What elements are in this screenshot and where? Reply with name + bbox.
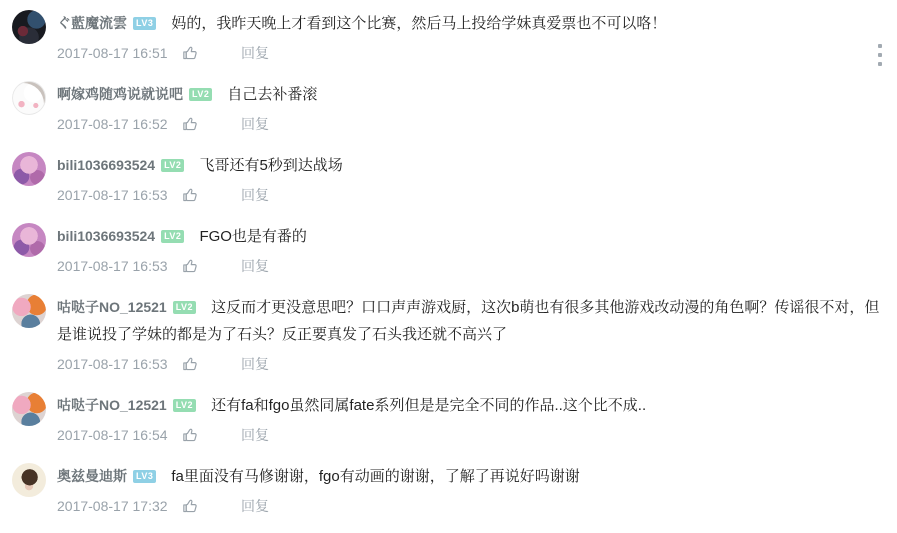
thumbs-up-icon <box>181 497 199 515</box>
thumbs-up-icon <box>181 426 199 444</box>
like-button[interactable] <box>181 257 199 275</box>
like-button[interactable] <box>181 115 199 133</box>
kebab-menu-icon <box>878 62 882 66</box>
comment-actions: 2017-08-17 16:53 回复 <box>57 354 885 374</box>
comment-time: 2017-08-17 16:52 <box>57 116 169 132</box>
comment-text: 飞哥还有5秒到达战场 <box>199 157 342 174</box>
level-badge: LV3 <box>133 470 156 483</box>
comment-row: 咕哒子NO_12521LV2还有fa和fgo虽然同属fate系列但是是完全不同的… <box>12 392 885 445</box>
reply-button[interactable]: 回复 <box>241 114 269 134</box>
comment-row: ぐ藍魔流雲LV3妈的，我昨天晚上才看到这个比赛，然后马上投给学妹真爱票也不可以咯… <box>12 10 885 63</box>
comment-body: ぐ藍魔流雲LV3妈的，我昨天晚上才看到这个比赛，然后马上投给学妹真爱票也不可以咯… <box>57 10 885 37</box>
comment-main: 咕哒子NO_12521LV2还有fa和fgo虽然同属fate系列但是是完全不同的… <box>57 392 885 445</box>
kebab-menu-icon <box>878 44 882 48</box>
comment-actions: 2017-08-17 16:51 回复 <box>57 43 885 63</box>
comment-main: bili1036693524LV2FGO也是有番的 2017-08-17 16:… <box>57 223 885 276</box>
thumbs-up-icon <box>181 115 199 133</box>
avatar[interactable] <box>12 294 46 328</box>
like-button[interactable] <box>181 44 199 62</box>
like-button[interactable] <box>181 497 199 515</box>
comment-main: 啊嫁鸡随鸡说就说吧LV2自己去补番滚 2017-08-17 16:52 回复 <box>57 81 885 134</box>
comment-main: 奥兹曼迪斯LV3fa里面没有马修谢谢，fgo有动画的谢谢，了解了再说好吗谢谢 2… <box>57 463 885 516</box>
comment-actions: 2017-08-17 16:54 回复 <box>57 425 885 445</box>
reply-button[interactable]: 回复 <box>241 354 269 374</box>
avatar[interactable] <box>12 152 46 186</box>
comment-time: 2017-08-17 16:53 <box>57 258 169 274</box>
avatar[interactable] <box>12 81 46 115</box>
comment-list: ぐ藍魔流雲LV3妈的，我昨天晚上才看到这个比赛，然后马上投给学妹真爱票也不可以咯… <box>0 0 897 516</box>
comment-time: 2017-08-17 16:53 <box>57 187 169 203</box>
reply-button[interactable]: 回复 <box>241 425 269 445</box>
comment-body: 咕哒子NO_12521LV2这反而才更没意思吧？口口声声游戏厨，这次b萌也有很多… <box>57 294 885 348</box>
reply-button[interactable]: 回复 <box>241 43 269 63</box>
comment-body: 奥兹曼迪斯LV3fa里面没有马修谢谢，fgo有动画的谢谢，了解了再说好吗谢谢 <box>57 463 885 490</box>
comment-text: FGO也是有番的 <box>199 228 307 245</box>
avatar[interactable] <box>12 223 46 257</box>
avatar[interactable] <box>12 463 46 497</box>
comment-row: bili1036693524LV2FGO也是有番的 2017-08-17 16:… <box>12 223 885 276</box>
like-button[interactable] <box>181 186 199 204</box>
comment-time: 2017-08-17 16:51 <box>57 45 169 61</box>
username[interactable]: 啊嫁鸡随鸡说就说吧 <box>57 86 183 102</box>
reply-button[interactable]: 回复 <box>241 185 269 205</box>
comment-text: fa里面没有马修谢谢，fgo有动画的谢谢，了解了再说好吗谢谢 <box>171 468 579 485</box>
level-badge: LV3 <box>133 17 156 30</box>
comment-actions: 2017-08-17 16:53 回复 <box>57 185 885 205</box>
comment-actions: 2017-08-17 16:52 回复 <box>57 114 885 134</box>
comment-main: bili1036693524LV2飞哥还有5秒到达战场 2017-08-17 1… <box>57 152 885 205</box>
comment-body: bili1036693524LV2飞哥还有5秒到达战场 <box>57 152 885 179</box>
comment-time: 2017-08-17 17:32 <box>57 498 169 514</box>
avatar[interactable] <box>12 10 46 44</box>
comment-row: bili1036693524LV2飞哥还有5秒到达战场 2017-08-17 1… <box>12 152 885 205</box>
like-button[interactable] <box>181 426 199 444</box>
comment-body: 啊嫁鸡随鸡说就说吧LV2自己去补番滚 <box>57 81 885 108</box>
comment-main: 咕哒子NO_12521LV2这反而才更没意思吧？口口声声游戏厨，这次b萌也有很多… <box>57 294 885 374</box>
level-badge: LV2 <box>173 301 196 314</box>
level-badge: LV2 <box>173 399 196 412</box>
username[interactable]: 咕哒子NO_12521 <box>57 397 167 413</box>
kebab-menu-icon <box>878 53 882 57</box>
comment-actions: 2017-08-17 17:32 回复 <box>57 496 885 516</box>
username[interactable]: bili1036693524 <box>57 228 155 244</box>
avatar[interactable] <box>12 392 46 426</box>
like-button[interactable] <box>181 355 199 373</box>
level-badge: LV2 <box>189 88 212 101</box>
more-options-button[interactable] <box>876 42 884 68</box>
reply-button[interactable]: 回复 <box>241 496 269 516</box>
comment-actions: 2017-08-17 16:53 回复 <box>57 256 885 276</box>
username[interactable]: bili1036693524 <box>57 157 155 173</box>
thumbs-up-icon <box>181 186 199 204</box>
comment-text: 妈的，我昨天晚上才看到这个比赛，然后马上投给学妹真爱票也不可以咯！ <box>171 15 666 32</box>
username[interactable]: ぐ藍魔流雲 <box>57 15 127 31</box>
comment-time: 2017-08-17 16:54 <box>57 427 169 443</box>
username[interactable]: 奥兹曼迪斯 <box>57 468 127 484</box>
level-badge: LV2 <box>161 159 184 172</box>
comment-row: 咕哒子NO_12521LV2这反而才更没意思吧？口口声声游戏厨，这次b萌也有很多… <box>12 294 885 374</box>
comment-main: ぐ藍魔流雲LV3妈的，我昨天晚上才看到这个比赛，然后马上投给学妹真爱票也不可以咯… <box>57 10 885 63</box>
comment-body: bili1036693524LV2FGO也是有番的 <box>57 223 885 250</box>
thumbs-up-icon <box>181 355 199 373</box>
level-badge: LV2 <box>161 230 184 243</box>
comment-row: 啊嫁鸡随鸡说就说吧LV2自己去补番滚 2017-08-17 16:52 回复 <box>12 81 885 134</box>
comment-row: 奥兹曼迪斯LV3fa里面没有马修谢谢，fgo有动画的谢谢，了解了再说好吗谢谢 2… <box>12 463 885 516</box>
username[interactable]: 咕哒子NO_12521 <box>57 299 167 315</box>
comment-text: 还有fa和fgo虽然同属fate系列但是是完全不同的作品..这个比不成.. <box>211 397 646 414</box>
comment-body: 咕哒子NO_12521LV2还有fa和fgo虽然同属fate系列但是是完全不同的… <box>57 392 885 419</box>
thumbs-up-icon <box>181 44 199 62</box>
comment-time: 2017-08-17 16:53 <box>57 356 169 372</box>
reply-button[interactable]: 回复 <box>241 256 269 276</box>
comment-text: 自己去补番滚 <box>227 86 317 103</box>
thumbs-up-icon <box>181 257 199 275</box>
